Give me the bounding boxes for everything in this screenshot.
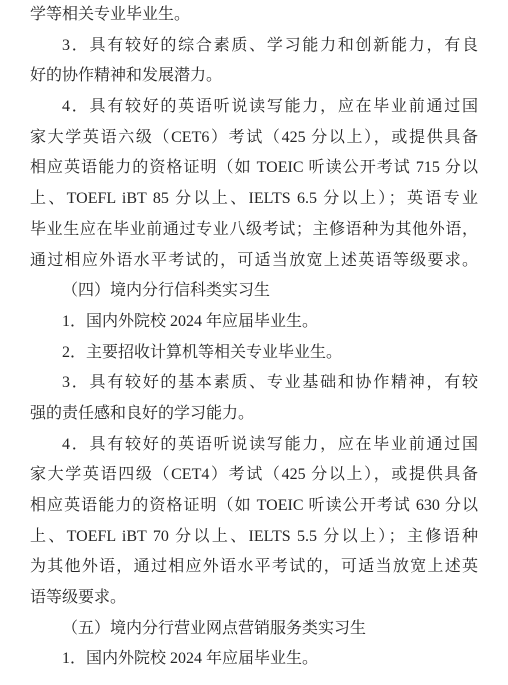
text-line: 上、TOEFL iBT 85 分以上、IELTS 6.5 分以上）；英语专业 bbox=[30, 184, 478, 215]
text-line: 3．具有较好的基本素质、专业基础和协作精神，有较 bbox=[30, 368, 478, 399]
document-content: 学等相关专业毕业生。3．具有较好的综合素质、学习能力和创新能力，有良好的协作精神… bbox=[30, 0, 478, 675]
text-line: 通过相应外语水平考试的，可适当放宽上述英语等级要求。 bbox=[30, 246, 478, 277]
text-line: 4．具有较好的英语听说读写能力，应在毕业前通过国 bbox=[30, 430, 478, 461]
text-line: 毕业生应在毕业前通过专业八级考试；主修语种为其他外语， bbox=[30, 215, 478, 246]
text-line: 语等级要求。 bbox=[30, 583, 478, 614]
text-line: 1．国内外院校 2024 年应届毕业生。 bbox=[30, 644, 478, 675]
text-line: （四）境内分行信科类实习生 bbox=[30, 276, 478, 307]
document-page: 学等相关专业毕业生。3．具有较好的综合素质、学习能力和创新能力，有良好的协作精神… bbox=[0, 0, 508, 685]
text-line: 家大学英语四级（CET4）考试（425 分以上），或提供具备 bbox=[30, 460, 478, 491]
text-line: 上、TOEFL iBT 70 分以上、IELTS 5.5 分以上）；主修语种 bbox=[30, 522, 478, 553]
text-line: 家大学英语六级（CET6）考试（425 分以上），或提供具备 bbox=[30, 123, 478, 154]
text-line: 学等相关专业毕业生。 bbox=[30, 0, 478, 31]
text-line: 2．主要招收计算机等相关专业毕业生。 bbox=[30, 338, 478, 369]
text-line: 相应英语能力的资格证明（如 TOEIC 听读公开考试 715 分以 bbox=[30, 153, 478, 184]
text-line: 为其他外语，通过相应外语水平考试的，可适当放宽上述英 bbox=[30, 552, 478, 583]
text-line: 相应英语能力的资格证明（如 TOEIC 听读公开考试 630 分以 bbox=[30, 491, 478, 522]
text-line: 好的协作精神和发展潜力。 bbox=[30, 61, 478, 92]
text-line: （五）境内分行营业网点营销服务类实习生 bbox=[30, 614, 478, 645]
text-line: 强的责任感和良好的学习能力。 bbox=[30, 399, 478, 430]
text-line: 3．具有较好的综合素质、学习能力和创新能力，有良 bbox=[30, 31, 478, 62]
text-line: 4．具有较好的英语听说读写能力，应在毕业前通过国 bbox=[30, 92, 478, 123]
text-line: 1．国内外院校 2024 年应届毕业生。 bbox=[30, 307, 478, 338]
